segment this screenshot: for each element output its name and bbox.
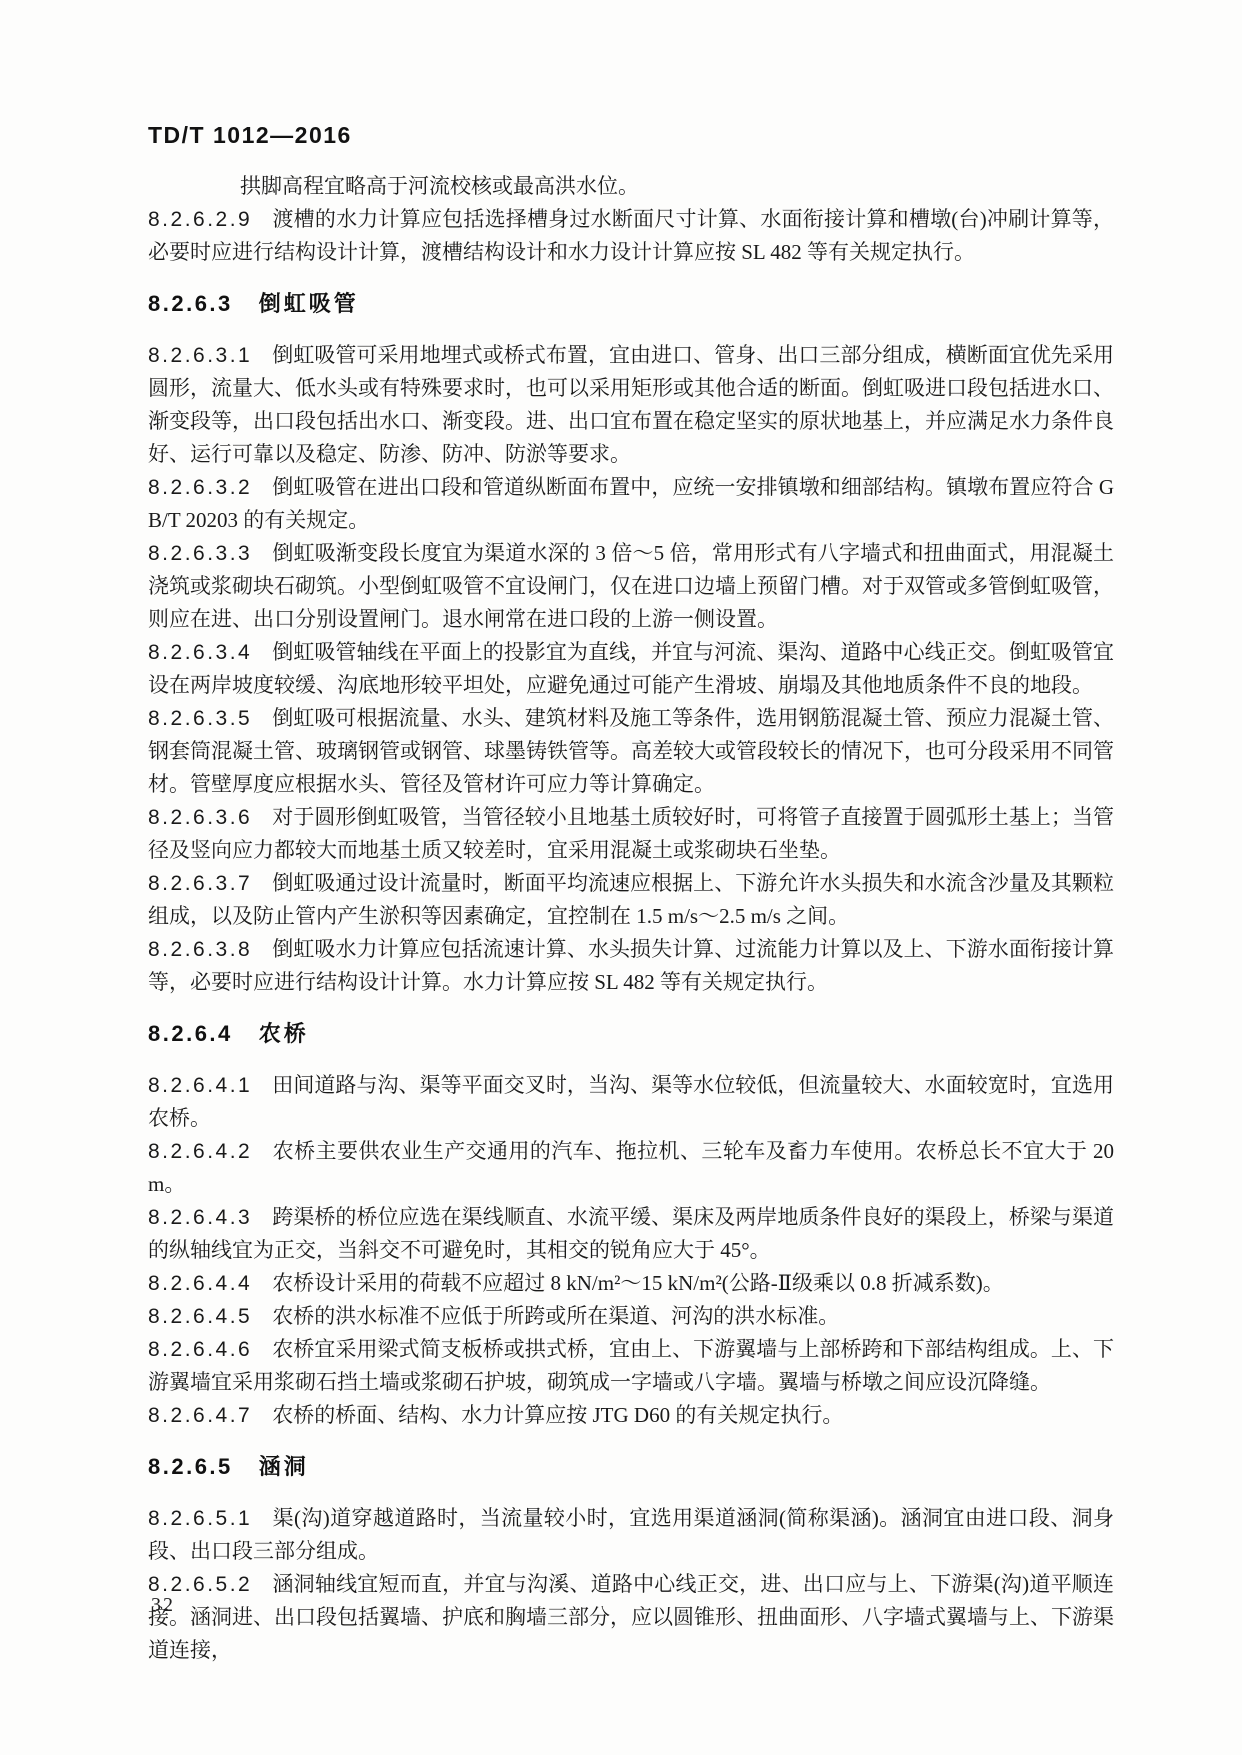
clause-number: 8.2.6.3.8 bbox=[148, 938, 252, 961]
section-number: 8.2.6.4 bbox=[148, 1021, 233, 1046]
clause-text: 渠(沟)道穿越道路时，当流量较小时，宜选用渠道涵洞(简称渠涵)。涵洞宜由进口段、… bbox=[148, 1506, 1114, 1563]
page-number: 32 bbox=[151, 1594, 175, 1617]
clause-number: 8.2.6.3.5 bbox=[148, 707, 252, 730]
section-number: 8.2.6.5 bbox=[148, 1454, 233, 1479]
clause-paragraph: 8.2.6.4.3跨渠桥的桥位应选在渠线顺直、水流平缓、渠床及两岸地质条件良好的… bbox=[148, 1201, 1114, 1267]
standard-code: TD/T 1012—2016 bbox=[148, 122, 352, 149]
clause-number: 8.2.6.2.9 bbox=[148, 208, 252, 231]
continuation-text: 拱脚高程宜略高于河流校核或最高洪水位。 bbox=[240, 174, 639, 198]
clause-text: 倒虹吸可根据流量、水头、建筑材料及施工等条件，选用钢筋混凝土管、预应力混凝土管、… bbox=[148, 706, 1114, 796]
clause-number: 8.2.6.4.6 bbox=[148, 1338, 252, 1361]
section-title: 倒虹吸管 bbox=[259, 291, 359, 316]
section-number: 8.2.6.3 bbox=[148, 291, 233, 316]
clause-text: 农桥设计采用的荷载不应超过 8 kN/m²～15 kN/m²(公路-Ⅱ级乘以 0… bbox=[272, 1271, 1004, 1295]
document-page: TD/T 1012—2016 拱脚高程宜略高于河流校核或最高洪水位。 8.2.6… bbox=[0, 0, 1242, 1755]
clause-number: 8.2.6.5.1 bbox=[148, 1507, 252, 1530]
clause-number: 8.2.6.4.1 bbox=[148, 1074, 252, 1097]
clause-paragraph: 8.2.6.3.6对于圆形倒虹吸管，当管径较小且地基土质较好时，可将管子直接置于… bbox=[148, 801, 1114, 867]
clause-number: 8.2.6.4.2 bbox=[148, 1140, 252, 1163]
clause-number: 8.2.6.3.6 bbox=[148, 806, 252, 829]
clause-paragraph: 8.2.6.5.2涵洞轴线宜短而直，并宜与沟溪、道路中心线正交，进、出口应与上、… bbox=[148, 1568, 1114, 1667]
clause-paragraph: 8.2.6.3.3倒虹吸渐变段长度宜为渠道水深的 3 倍～5 倍，常用形式有八字… bbox=[148, 537, 1114, 636]
section-title: 涵洞 bbox=[259, 1454, 309, 1479]
clause-paragraph: 8.2.6.2.9渡槽的水力计算应包括选择槽身过水断面尺寸计算、水面衔接计算和槽… bbox=[148, 203, 1114, 269]
clause-number: 8.2.6.4.7 bbox=[148, 1404, 252, 1427]
clause-text: 倒虹吸管可采用地埋式或桥式布置，宜由进口、管身、出口三部分组成，横断面宜优先采用… bbox=[148, 343, 1114, 466]
clause-paragraph: 8.2.6.5.1渠(沟)道穿越道路时，当流量较小时，宜选用渠道涵洞(简称渠涵)… bbox=[148, 1502, 1114, 1568]
clause-paragraph: 8.2.6.3.1倒虹吸管可采用地埋式或桥式布置，宜由进口、管身、出口三部分组成… bbox=[148, 339, 1114, 471]
clause-paragraph: 8.2.6.4.2农桥主要供农业生产交通用的汽车、拖拉机、三轮车及畜力车使用。农… bbox=[148, 1135, 1114, 1201]
clause-paragraph: 8.2.6.4.6农桥宜采用梁式简支板桥或拱式桥，宜由上、下游翼墙与上部桥跨和下… bbox=[148, 1333, 1114, 1399]
clause-text: 涵洞轴线宜短而直，并宜与沟溪、道路中心线正交，进、出口应与上、下游渠(沟)道平顺… bbox=[148, 1572, 1114, 1662]
section-heading: 8.2.6.4农桥 bbox=[148, 1017, 1114, 1051]
clause-paragraph: 8.2.6.3.2倒虹吸管在进出口段和管道纵断面布置中，应统一安排镇墩和细部结构… bbox=[148, 471, 1114, 537]
clause-text: 倒虹吸渐变段长度宜为渠道水深的 3 倍～5 倍，常用形式有八字墙式和扭曲面式，用… bbox=[148, 541, 1114, 631]
clause-paragraph: 8.2.6.3.4倒虹吸管轴线在平面上的投影宜为直线，并宜与河流、渠沟、道路中心… bbox=[148, 636, 1114, 702]
section-title: 农桥 bbox=[259, 1021, 309, 1046]
clause-text: 倒虹吸管轴线在平面上的投影宜为直线，并宜与河流、渠沟、道路中心线正交。倒虹吸管宜… bbox=[148, 640, 1114, 697]
clause-text: 农桥主要供农业生产交通用的汽车、拖拉机、三轮车及畜力车使用。农桥总长不宜大于 2… bbox=[148, 1139, 1114, 1196]
continuation-paragraph: 拱脚高程宜略高于河流校核或最高洪水位。 bbox=[148, 170, 1114, 203]
clause-text: 田间道路与沟、渠等平面交叉时，当沟、渠等水位较低，但流量较大、水面较宽时，宜选用… bbox=[148, 1073, 1114, 1130]
clause-paragraph: 8.2.6.3.5倒虹吸可根据流量、水头、建筑材料及施工等条件，选用钢筋混凝土管… bbox=[148, 702, 1114, 801]
clause-paragraph: 8.2.6.3.7倒虹吸通过设计流量时，断面平均流速应根据上、下游允许水头损失和… bbox=[148, 867, 1114, 933]
clause-paragraph: 8.2.6.4.5农桥的洪水标准不应低于所跨或所在渠道、河沟的洪水标准。 bbox=[148, 1300, 1114, 1333]
section-heading: 8.2.6.3倒虹吸管 bbox=[148, 287, 1114, 321]
clause-number: 8.2.6.5.2 bbox=[148, 1573, 252, 1596]
clause-text: 渡槽的水力计算应包括选择槽身过水断面尺寸计算、水面衔接计算和槽墩(台)冲刷计算等… bbox=[148, 207, 1114, 264]
clause-number: 8.2.6.3.1 bbox=[148, 344, 252, 367]
clause-text: 农桥宜采用梁式简支板桥或拱式桥，宜由上、下游翼墙与上部桥跨和下部结构组成。上、下… bbox=[148, 1337, 1114, 1394]
clause-paragraph: 8.2.6.4.4农桥设计采用的荷载不应超过 8 kN/m²～15 kN/m²(… bbox=[148, 1267, 1114, 1300]
page-body: 拱脚高程宜略高于河流校核或最高洪水位。 8.2.6.2.9渡槽的水力计算应包括选… bbox=[148, 170, 1114, 1667]
clause-paragraph: 8.2.6.4.7农桥的桥面、结构、水力计算应按 JTG D60 的有关规定执行… bbox=[148, 1399, 1114, 1432]
clause-text: 倒虹吸通过设计流量时，断面平均流速应根据上、下游允许水头损失和水流含沙量及其颗粒… bbox=[148, 871, 1114, 928]
clause-paragraph: 8.2.6.4.1田间道路与沟、渠等平面交叉时，当沟、渠等水位较低，但流量较大、… bbox=[148, 1069, 1114, 1135]
clause-number: 8.2.6.4.5 bbox=[148, 1305, 252, 1328]
clause-text: 跨渠桥的桥位应选在渠线顺直、水流平缓、渠床及两岸地质条件良好的渠段上，桥梁与渠道… bbox=[148, 1205, 1114, 1262]
clause-number: 8.2.6.3.7 bbox=[148, 872, 252, 895]
clause-number: 8.2.6.4.4 bbox=[148, 1272, 252, 1295]
clause-text: 农桥的桥面、结构、水力计算应按 JTG D60 的有关规定执行。 bbox=[272, 1403, 843, 1427]
clause-paragraph: 8.2.6.3.8倒虹吸水力计算应包括流速计算、水头损失计算、过流能力计算以及上… bbox=[148, 933, 1114, 999]
clause-number: 8.2.6.3.3 bbox=[148, 542, 252, 565]
clause-text: 倒虹吸管在进出口段和管道纵断面布置中，应统一安排镇墩和细部结构。镇墩布置应符合 … bbox=[148, 475, 1114, 532]
clause-number: 8.2.6.4.3 bbox=[148, 1206, 252, 1229]
clause-text: 倒虹吸水力计算应包括流速计算、水头损失计算、过流能力计算以及上、下游水面衔接计算… bbox=[148, 937, 1114, 994]
clause-number: 8.2.6.3.4 bbox=[148, 641, 252, 664]
clause-text: 农桥的洪水标准不应低于所跨或所在渠道、河沟的洪水标准。 bbox=[272, 1304, 839, 1328]
clause-number: 8.2.6.3.2 bbox=[148, 476, 252, 499]
section-heading: 8.2.6.5涵洞 bbox=[148, 1450, 1114, 1484]
clause-text: 对于圆形倒虹吸管，当管径较小且地基土质较好时，可将管子直接置于圆弧形土基上；当管… bbox=[148, 805, 1114, 862]
